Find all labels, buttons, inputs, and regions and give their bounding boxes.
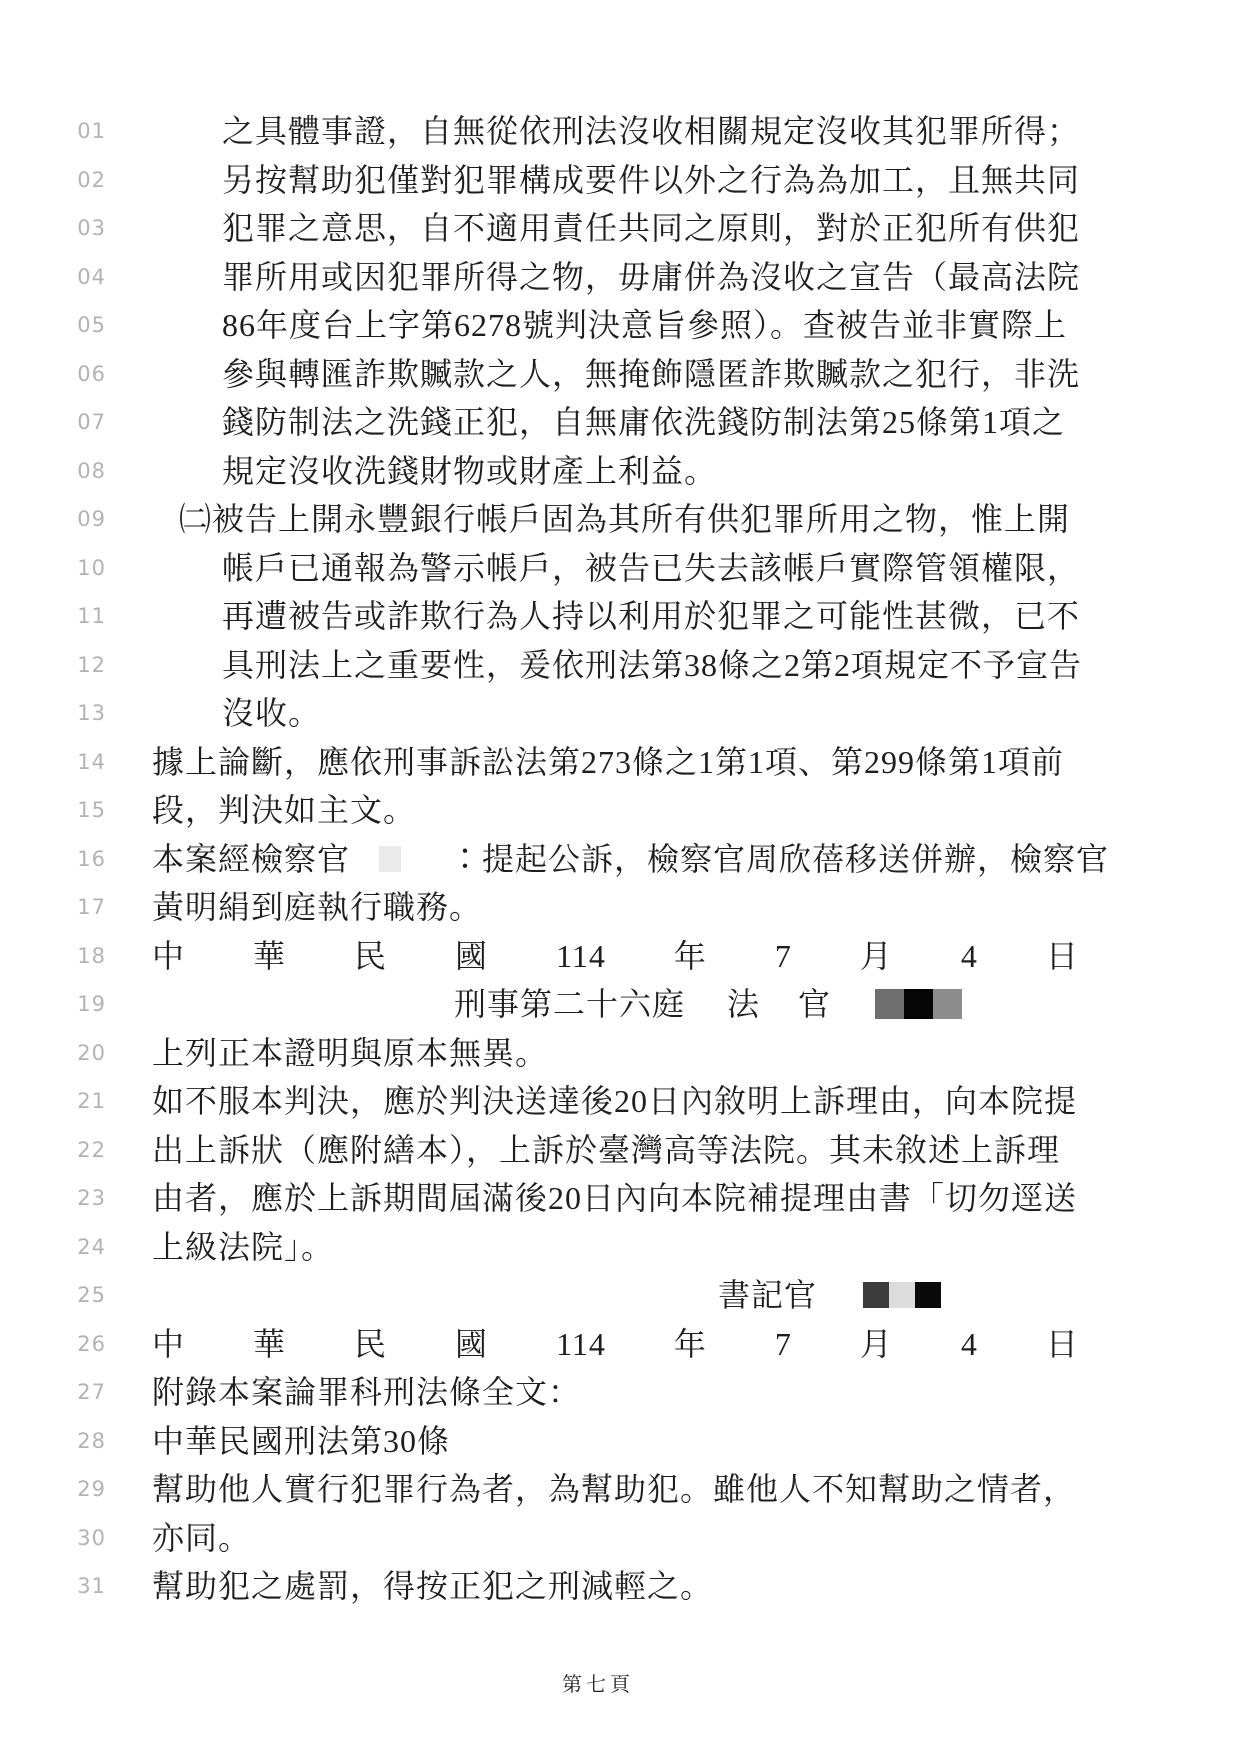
line-text: 帳戶已通報為警示帳戶，被告已失去該帳戶實際管領權限，	[222, 552, 1080, 584]
document-line: 27附錄本案論罪科刑法條全文：	[0, 1368, 1240, 1417]
line-number: 28	[0, 1429, 106, 1453]
judge-line: 刑事第二十六庭法官	[152, 988, 962, 1020]
text-line: 具刑法上之重要性，爰依刑法第38條之2第2項規定不予宣告	[152, 649, 1082, 681]
date-token: 國	[455, 940, 488, 972]
line-text: 中華民國刑法第30條	[152, 1425, 450, 1457]
line-text: 亦同。	[152, 1522, 251, 1554]
document-line: 06參與轉匯詐欺贓款之人，無掩飾隱匿詐欺贓款之犯行，非洗	[0, 350, 1240, 399]
document-line: 08規定沒收洗錢財物或財產上利益。	[0, 447, 1240, 496]
line-number: 06	[0, 362, 106, 386]
date-line: 中華民國114年7月4日	[152, 940, 1079, 972]
text-line: 段，判決如主文。	[152, 794, 416, 826]
line-number: 24	[0, 1235, 106, 1259]
line-number: 19	[0, 992, 106, 1016]
date-token: 中	[152, 1328, 185, 1360]
text-line: 之具體事證，自無從依刑法沒收相關規定沒收其犯罪所得；	[152, 115, 1080, 147]
document-line: 22出上訴狀（應附繕本），上訴於臺灣高等法院。其未敘述上訴理	[0, 1126, 1240, 1175]
line-text: 上級法院」。	[152, 1231, 334, 1263]
line-number: 27	[0, 1380, 106, 1404]
text-line: 如不服本判決，應於判決送達後20日內敘明上訴理由，向本院提	[152, 1085, 1077, 1117]
text-line: 86年度台上字第6278號判決意旨參照）。查被告並非實際上	[152, 309, 1067, 341]
document-line: 30亦同。	[0, 1514, 1240, 1563]
document-line: 13沒收。	[0, 689, 1240, 738]
line-number: 21	[0, 1089, 106, 1113]
line-number: 14	[0, 750, 106, 774]
line-number: 31	[0, 1574, 106, 1598]
document-line: 25書記官	[0, 1271, 1240, 1320]
line-number: 30	[0, 1526, 106, 1550]
line-text: 段，判決如主文。	[152, 794, 416, 826]
document-line: 11再遭被告或詐欺行為人持以利用於犯罪之可能性甚微，已不	[0, 592, 1240, 641]
document-line: 31幫助犯之處罰，得按正犯之刑減輕之。	[0, 1562, 1240, 1611]
text-line: 附錄本案論罪科刑法條全文：	[152, 1376, 581, 1408]
line-number: 08	[0, 459, 106, 483]
text-line: 沒收。	[152, 697, 321, 729]
line-number: 23	[0, 1186, 106, 1210]
document-line: 17黃明絹到庭執行職務。	[0, 883, 1240, 932]
clerk-line: 書記官	[152, 1279, 941, 1311]
line-number: 15	[0, 798, 106, 822]
redaction-segment	[863, 1282, 889, 1308]
page-footer: 第七頁	[562, 1668, 634, 1697]
line-text: 之具體事證，自無從依刑法沒收相關規定沒收其犯罪所得；	[222, 115, 1080, 147]
date-token: 7	[775, 940, 792, 972]
court-division-label: 刑事第二十六庭	[454, 988, 685, 1020]
text-line: 出上訴狀（應附繕本），上訴於臺灣高等法院。其未敘述上訴理	[152, 1134, 1060, 1166]
line-number: 20	[0, 1041, 106, 1065]
line-number: 10	[0, 556, 106, 580]
line-number: 11	[0, 604, 106, 628]
document-line: 03犯罪之意思，自不適用責任共同之原則，對於正犯所有供犯	[0, 204, 1240, 253]
text-line: 上列正本證明與原本無異。	[152, 1037, 548, 1069]
date-token: 中	[152, 940, 185, 972]
line-number: 26	[0, 1332, 106, 1356]
line-number: 12	[0, 653, 106, 677]
line-text: 幫助他人實行犯罪行為者，為幫助犯。雖他人不知幫助之情者，	[152, 1473, 1076, 1505]
item-marker: ㈡	[179, 503, 212, 535]
document-line: 07錢防制法之洗錢正犯，自無庸依洗錢防制法第25條第1項之	[0, 398, 1240, 447]
date-token: 114	[556, 1328, 606, 1360]
prosecutor-line-post: ∶提起公訴，檢察官周欣蓓移送併辦，檢察官	[449, 843, 1109, 875]
date-token: 華	[253, 1328, 286, 1360]
document-line: 24上級法院」。	[0, 1223, 1240, 1272]
prosecutor-line-pre: 本案經檢察官	[152, 843, 350, 875]
document-body: 01之具體事證，自無從依刑法沒收相關規定沒收其犯罪所得；02另按幫助犯僅對犯罪構…	[0, 107, 1240, 1611]
document-line: 23由者，應於上訴期間屆滿後20日內向本院補提理由書「切勿逕送	[0, 1174, 1240, 1223]
text-line: 錢防制法之洗錢正犯，自無庸依洗錢防制法第25條第1項之	[152, 406, 1065, 438]
line-number: 16	[0, 847, 106, 871]
line-text: 出上訴狀（應附繕本），上訴於臺灣高等法院。其未敘述上訴理	[152, 1134, 1060, 1166]
document-line: 01之具體事證，自無從依刑法沒收相關規定沒收其犯罪所得；	[0, 107, 1240, 156]
line-text: 另按幫助犯僅對犯罪構成要件以外之行為為加工，且無共同	[222, 164, 1080, 196]
redaction-segment	[933, 989, 962, 1019]
text-line: 犯罪之意思，自不適用責任共同之原則，對於正犯所有供犯	[152, 212, 1080, 244]
clerk-role-label: 書記官	[718, 1279, 817, 1311]
text-line: 由者，應於上訴期間屆滿後20日內向本院補提理由書「切勿逕送	[152, 1182, 1077, 1214]
text-line: 亦同。	[152, 1522, 251, 1554]
date-token: 月	[860, 940, 893, 972]
line-text: 具刑法上之重要性，爰依刑法第38條之2第2項規定不予宣告	[222, 649, 1082, 681]
text-line: 罪所用或因犯罪所得之物，毋庸併為沒收之宣告（最高法院	[152, 261, 1080, 293]
document-line: 04罪所用或因犯罪所得之物，毋庸併為沒收之宣告（最高法院	[0, 253, 1240, 302]
date-token: 月	[860, 1328, 893, 1360]
line-text: 黃明絹到庭執行職務。	[152, 891, 482, 923]
document-line: 14據上論斷，應依刑事訴訟法第273條之1第1項、第299條第1項前	[0, 738, 1240, 787]
line-number: 29	[0, 1477, 106, 1501]
document-line: 15段，判決如主文。	[0, 786, 1240, 835]
line-number: 04	[0, 265, 106, 289]
prosecutor-name-redaction	[379, 846, 401, 872]
document-line: 29幫助他人實行犯罪行為者，為幫助犯。雖他人不知幫助之情者，	[0, 1465, 1240, 1514]
line-text: 如不服本判決，應於判決送達後20日內敘明上訴理由，向本院提	[152, 1085, 1077, 1117]
date-token: 7	[775, 1328, 792, 1360]
text-line: 據上論斷，應依刑事訴訟法第273條之1第1項、第299條第1項前	[152, 746, 1064, 778]
line-text: 被告上開永豐銀行帳戶固為其所有供犯罪所用之物，惟上開	[212, 503, 1070, 535]
line-text: 參與轉匯詐欺贓款之人，無掩飾隱匿詐欺贓款之犯行，非洗	[222, 358, 1080, 390]
line-number: 09	[0, 507, 106, 531]
document-line: 10帳戶已通報為警示帳戶，被告已失去該帳戶實際管領權限，	[0, 544, 1240, 593]
document-line: 09㈡被告上開永豐銀行帳戶固為其所有供犯罪所用之物，惟上開	[0, 495, 1240, 544]
text-line: 中華民國刑法第30條	[152, 1425, 450, 1457]
judge-name-redaction	[875, 989, 962, 1019]
line-number: 22	[0, 1138, 106, 1162]
date-token: 日	[1046, 940, 1079, 972]
line-text: 由者，應於上訴期間屆滿後20日內向本院補提理由書「切勿逕送	[152, 1182, 1077, 1214]
line-text: 再遭被告或詐欺行為人持以利用於犯罪之可能性甚微，已不	[222, 600, 1080, 632]
judge-role-char: 法	[727, 988, 760, 1020]
line-text: 錢防制法之洗錢正犯，自無庸依洗錢防制法第25條第1項之	[222, 406, 1065, 438]
document-line: 21如不服本判決，應於判決送達後20日內敘明上訴理由，向本院提	[0, 1077, 1240, 1126]
text-line: 另按幫助犯僅對犯罪構成要件以外之行為為加工，且無共同	[152, 164, 1080, 196]
line-number: 02	[0, 168, 106, 192]
date-token: 民	[354, 940, 387, 972]
line-text: 規定沒收洗錢財物或財產上利益。	[222, 455, 717, 487]
text-line: 帳戶已通報為警示帳戶，被告已失去該帳戶實際管領權限，	[152, 552, 1080, 584]
text-line: ㈡被告上開永豐銀行帳戶固為其所有供犯罪所用之物，惟上開	[152, 503, 1070, 535]
date-line: 中華民國114年7月4日	[152, 1328, 1079, 1360]
line-number: 05	[0, 313, 106, 337]
document-line: 18中華民國114年7月4日	[0, 932, 1240, 981]
line-number: 03	[0, 216, 106, 240]
line-text: 上列正本證明與原本無異。	[152, 1037, 548, 1069]
line-number: 07	[0, 410, 106, 434]
document-line: 16本案經檢察官∶提起公訴，檢察官周欣蓓移送併辦，檢察官	[0, 835, 1240, 884]
date-token: 4	[961, 1328, 978, 1360]
date-token: 華	[253, 940, 286, 972]
line-text: 幫助犯之處罰，得按正犯之刑減輕之。	[152, 1570, 713, 1602]
text-line: 上級法院」。	[152, 1231, 334, 1263]
line-text: 據上論斷，應依刑事訴訟法第273條之1第1項、第299條第1項前	[152, 746, 1064, 778]
line-number: 18	[0, 944, 106, 968]
document-line: 19刑事第二十六庭法官	[0, 980, 1240, 1029]
clerk-name-redaction	[863, 1282, 941, 1308]
document-line: 20上列正本證明與原本無異。	[0, 1029, 1240, 1078]
redaction-segment	[889, 1282, 915, 1308]
judge-role-char: 官	[798, 988, 831, 1020]
prosecutor-line: 本案經檢察官∶提起公訴，檢察官周欣蓓移送併辦，檢察官	[152, 843, 1109, 875]
date-token: 4	[961, 940, 978, 972]
line-text: 罪所用或因犯罪所得之物，毋庸併為沒收之宣告（最高法院	[222, 261, 1080, 293]
document-line: 02另按幫助犯僅對犯罪構成要件以外之行為為加工，且無共同	[0, 156, 1240, 205]
line-text: 附錄本案論罪科刑法條全文：	[152, 1376, 581, 1408]
text-line: 幫助犯之處罰，得按正犯之刑減輕之。	[152, 1570, 713, 1602]
date-token: 年	[674, 1328, 707, 1360]
date-token: 年	[674, 940, 707, 972]
redaction-segment	[915, 1282, 941, 1308]
line-text: 犯罪之意思，自不適用責任共同之原則，對於正犯所有供犯	[222, 212, 1080, 244]
line-text: 86年度台上字第6278號判決意旨參照）。查被告並非實際上	[222, 309, 1067, 341]
document-line: 28中華民國刑法第30條	[0, 1417, 1240, 1466]
line-number: 01	[0, 119, 106, 143]
date-token: 114	[556, 940, 606, 972]
text-line: 規定沒收洗錢財物或財產上利益。	[152, 455, 717, 487]
redaction-segment	[875, 989, 904, 1019]
text-line: 參與轉匯詐欺贓款之人，無掩飾隱匿詐欺贓款之犯行，非洗	[152, 358, 1080, 390]
redaction-segment	[904, 989, 933, 1019]
text-line: 再遭被告或詐欺行為人持以利用於犯罪之可能性甚微，已不	[152, 600, 1080, 632]
document-line: 0586年度台上字第6278號判決意旨參照）。查被告並非實際上	[0, 301, 1240, 350]
date-token: 民	[354, 1328, 387, 1360]
line-number: 17	[0, 895, 106, 919]
judgment-page: 01之具體事證，自無從依刑法沒收相關規定沒收其犯罪所得；02另按幫助犯僅對犯罪構…	[0, 0, 1240, 1755]
document-line: 26中華民國114年7月4日	[0, 1320, 1240, 1369]
line-text: 沒收。	[222, 697, 321, 729]
line-number: 25	[0, 1283, 106, 1307]
date-token: 國	[455, 1328, 488, 1360]
text-line: 黃明絹到庭執行職務。	[152, 891, 482, 923]
line-number: 13	[0, 701, 106, 725]
text-line: 幫助他人實行犯罪行為者，為幫助犯。雖他人不知幫助之情者，	[152, 1473, 1076, 1505]
date-token: 日	[1046, 1328, 1079, 1360]
document-line: 12具刑法上之重要性，爰依刑法第38條之2第2項規定不予宣告	[0, 641, 1240, 690]
